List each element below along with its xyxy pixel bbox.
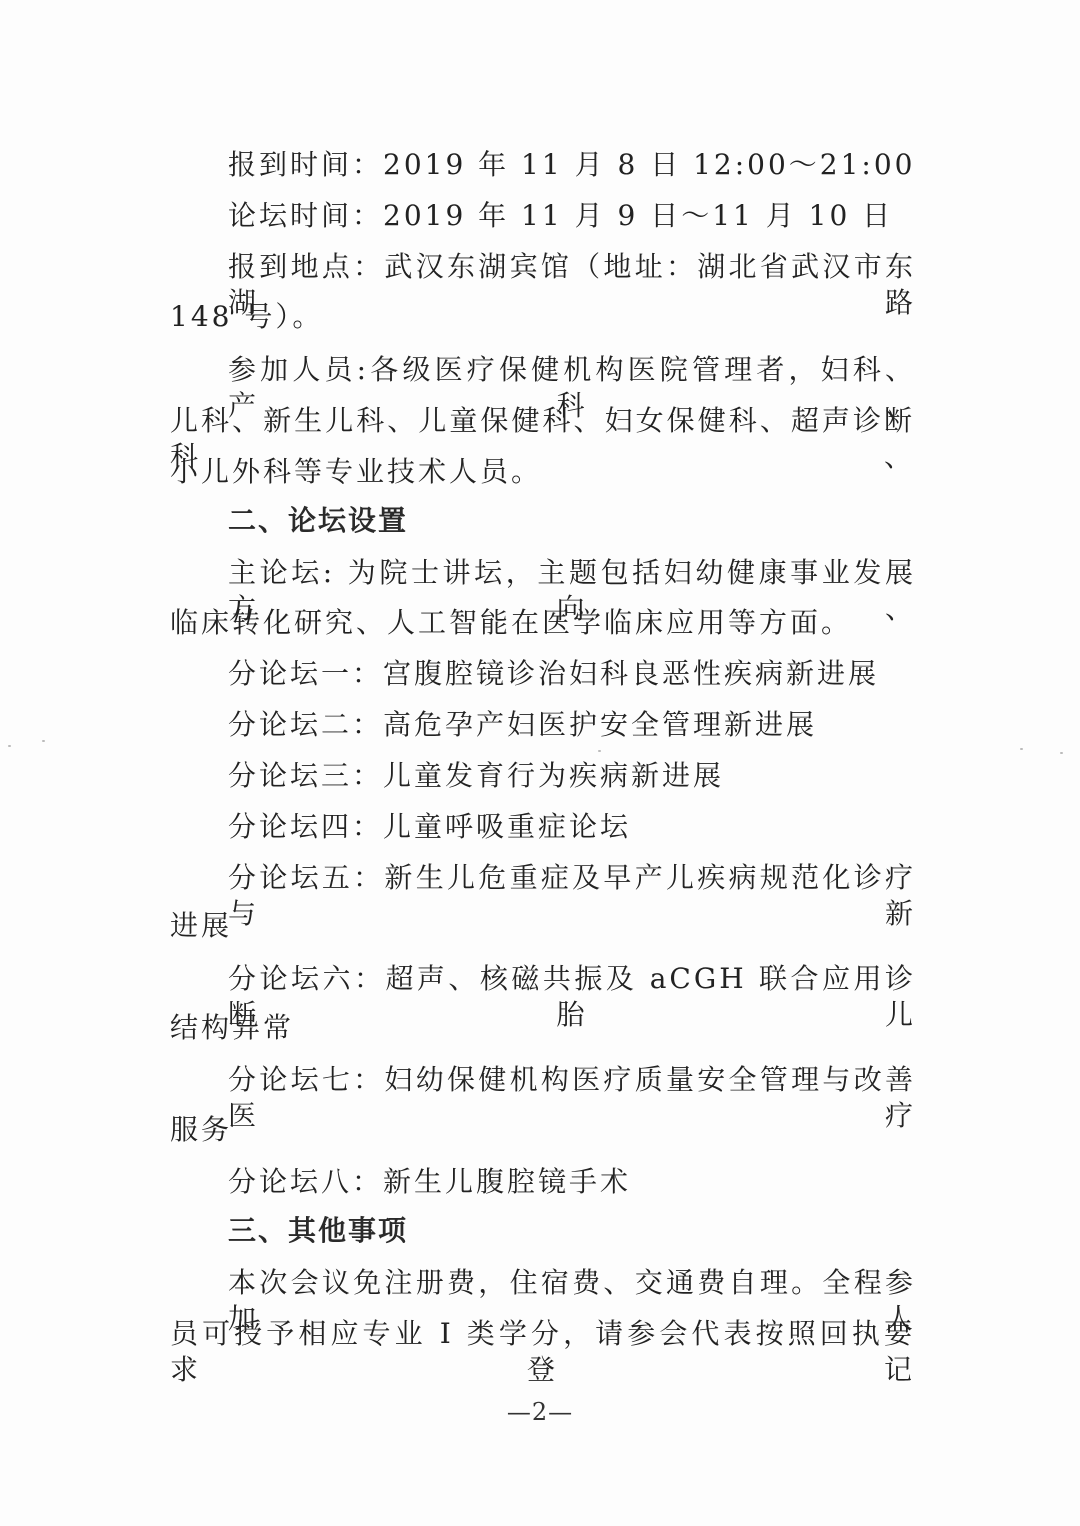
registration-time: 报到时间：2019 年 11 月 8 日 12:00～21:00 — [228, 147, 916, 183]
forum-time: 论坛时间：2019 年 11 月 9 日～11 月 10 日 — [228, 198, 893, 234]
sub-forum-6-line1: 分论坛六：超声、核磁共振及 aCGH 联合应用诊断胎儿 — [228, 961, 916, 1033]
section3-line2: 员可授予相应专业 I 类学分，请参会代表按照回执要求登记 — [170, 1316, 915, 1388]
document-page: 报到时间：2019 年 11 月 8 日 12:00～21:00 论坛时间：20… — [0, 0, 1080, 1526]
sub-forum-8: 分论坛八：新生儿腹腔镜手术 — [228, 1164, 631, 1200]
sub-forum-2: 分论坛二：高危孕产妇医护安全管理新进展 — [228, 707, 817, 743]
sub-forum-5-line1: 分论坛五：新生儿危重症及早产儿疾病规范化诊疗与新 — [228, 860, 916, 932]
scan-speck — [1020, 748, 1023, 750]
registration-location-line1: 报到地点：武汉东湖宾馆（地址：湖北省武汉市东湖路 — [228, 249, 916, 321]
sub-forum-7-line2: 服务 — [170, 1112, 232, 1148]
page-number: —2— — [0, 1398, 1080, 1426]
scan-speck — [42, 740, 45, 742]
sub-forum-4: 分论坛四：儿童呼吸重症论坛 — [228, 809, 631, 845]
sub-forum-5-line2: 进展 — [170, 908, 232, 944]
sub-forum-7-line1: 分论坛七：妇幼保健机构医疗质量安全管理与改善医疗 — [228, 1062, 916, 1134]
main-forum-line2: 临床转化研究、人工智能在医学临床应用等方面。 — [170, 605, 852, 641]
scan-speck — [598, 750, 601, 752]
scan-speck — [1060, 752, 1063, 754]
sub-forum-6-line2: 结构异常 — [170, 1010, 294, 1046]
participants-line3: 小儿外科等专业技术人员。 — [170, 454, 542, 490]
registration-location-line2: 148 号）。 — [170, 299, 323, 335]
sub-forum-1: 分论坛一：宫腹腔镜诊治妇科良恶性疾病新进展 — [228, 656, 879, 692]
scan-speck — [8, 745, 11, 747]
sub-forum-3: 分论坛三：儿童发育行为疾病新进展 — [228, 758, 724, 794]
section2-heading: 二、论坛设置 — [228, 503, 408, 539]
section3-heading: 三、其他事项 — [228, 1213, 408, 1249]
